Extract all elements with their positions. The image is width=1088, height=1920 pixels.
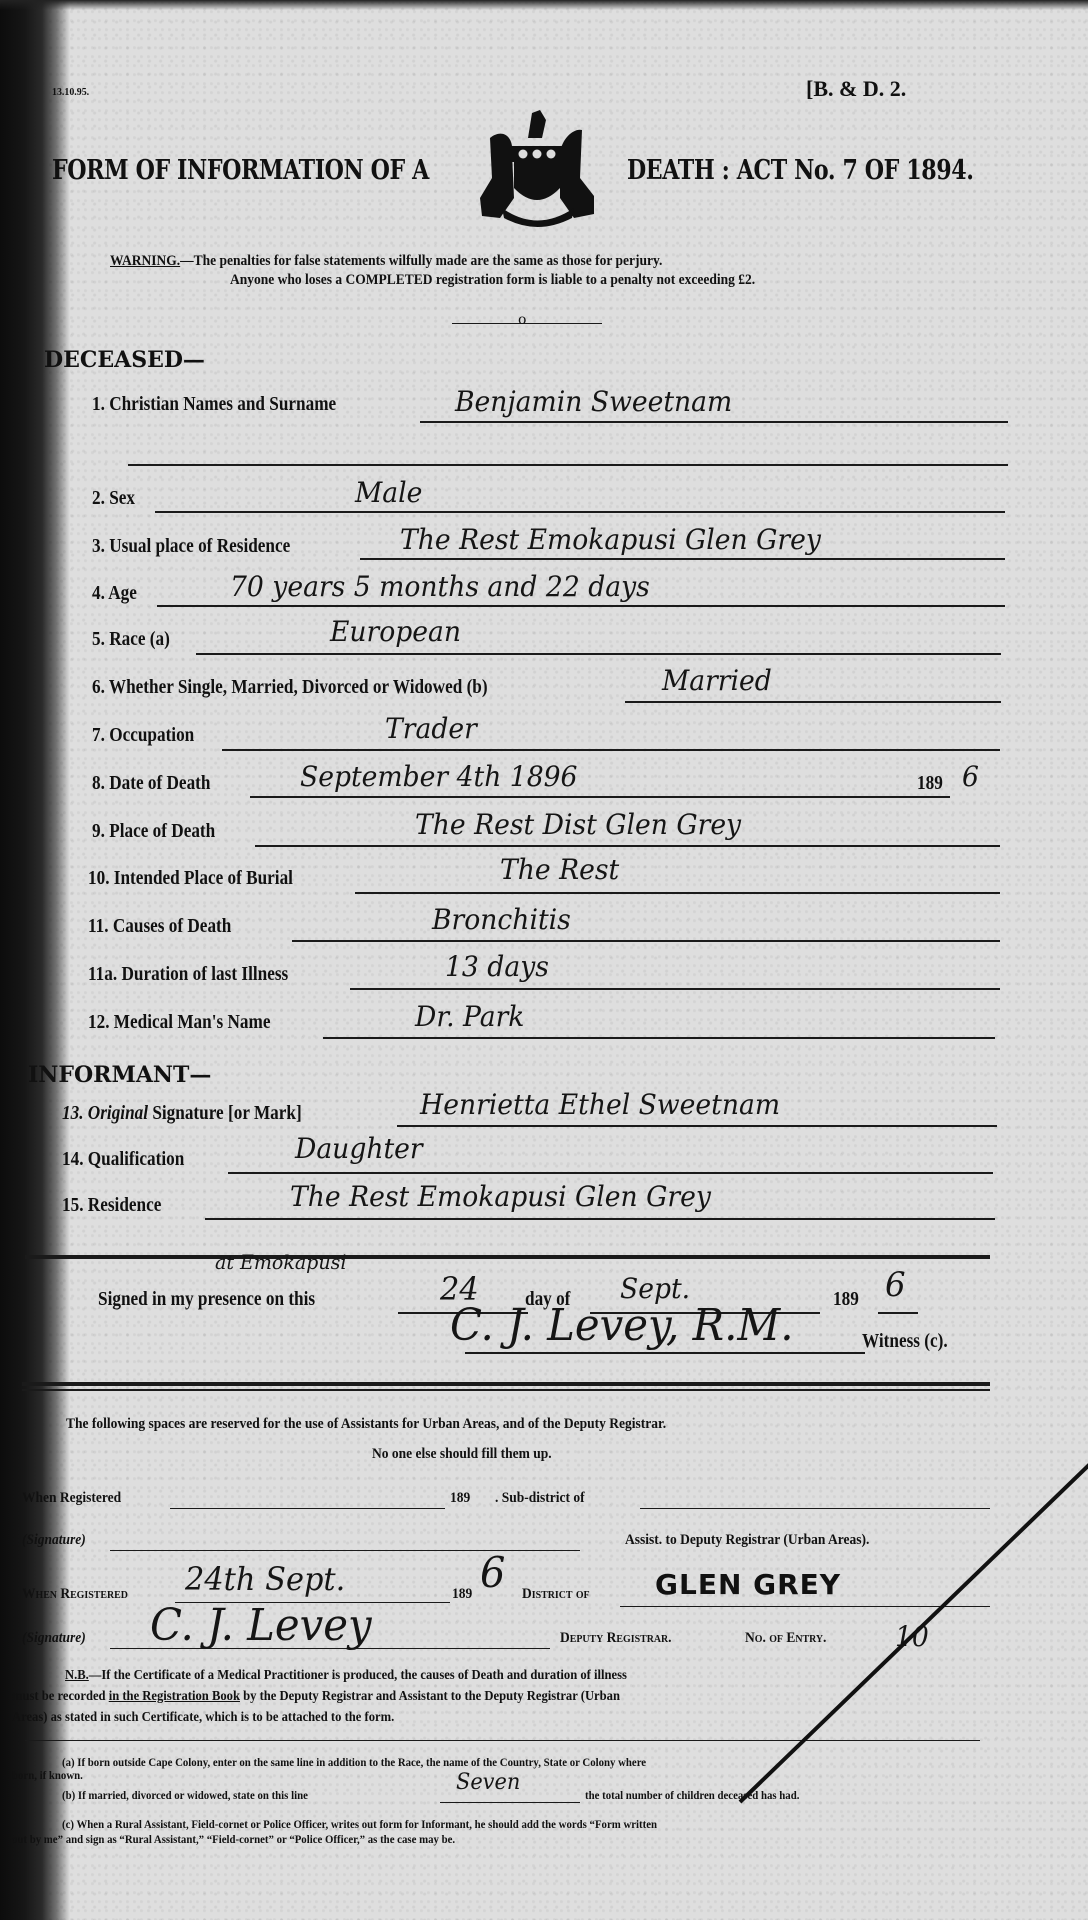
field-value-place-of-death[interactable]: The Rest Dist Glen Grey <box>415 808 741 841</box>
reserved-year-prefix: 189 <box>450 1490 470 1507</box>
witness-label: Witness (c). <box>862 1330 948 1353</box>
field-label-name: 1. Christian Names and Surname <box>92 393 336 416</box>
registered-year-prefix: 189 <box>452 1586 472 1603</box>
field-label-qualification: 14. Qualification <box>62 1148 184 1171</box>
note-b-post: the total number of children deceased ha… <box>585 1788 799 1803</box>
deputy-label: Deputy Registrar. <box>560 1630 672 1647</box>
children-count[interactable]: Seven <box>456 1770 520 1795</box>
warning-text1: —The penalties for false statements wilf… <box>180 253 662 269</box>
field-label-sex: 2. Sex <box>92 487 135 510</box>
field-line-cause <box>292 940 1000 942</box>
year-suffix-death[interactable]: 6 <box>962 760 979 793</box>
label-signature-text: Signature [or Mark] <box>152 1102 301 1124</box>
field-label-place-of-death: 9. Place of Death <box>92 820 215 843</box>
field-label-informant-residence: 15. Residence <box>62 1194 161 1217</box>
note-c-line2: out by me” and sign as “Rural Assistant,… <box>12 1832 455 1847</box>
registered-date[interactable]: 24th Sept. <box>185 1560 345 1598</box>
note-a-line1: (a) If born outside Cape Colony, enter o… <box>62 1755 646 1770</box>
notes-divider <box>25 1740 980 1741</box>
scan-top-shadow <box>0 0 1088 10</box>
warning-line2: Anyone who loses a COMPLETED registratio… <box>230 272 755 289</box>
double-divider-top <box>22 1382 990 1386</box>
field-line-duration <box>350 988 1000 990</box>
print-date: 13.10.95. <box>52 86 89 98</box>
field-label-date-of-death: 8. Date of Death <box>92 772 210 795</box>
district-stamp: GLEN GREY <box>655 1568 841 1601</box>
entry-label: No. of Entry. <box>745 1630 826 1647</box>
field-value-informant-residence[interactable]: The Rest Emokapusi Glen Grey <box>290 1180 711 1213</box>
ornament-circle: o <box>518 312 526 328</box>
field-line-qualification <box>228 1172 993 1174</box>
witness-signature[interactable]: C. J. Levey, R.M. <box>450 1300 793 1351</box>
year-prefix-death: 189 <box>917 772 943 795</box>
signed-label: Signed in my presence on this <box>98 1288 315 1311</box>
form-code: [B. & D. 2. <box>806 76 906 102</box>
form-code-text: B. & D. 2. <box>813 76 906 101</box>
field-line-marital <box>625 701 1001 703</box>
field-label-burial: 10. Intended Place of Burial <box>88 867 293 890</box>
field-label-signature: 13. Original Signature [or Mark] <box>62 1102 302 1125</box>
registrar-signature[interactable]: C. J. Levey <box>150 1600 372 1651</box>
field-label-duration: 11a. Duration of last Illness <box>88 963 288 986</box>
field-label-age: 4. Age <box>92 582 137 605</box>
signature-label-1: (Signature) <box>22 1532 86 1549</box>
field-line-burial <box>355 892 1000 894</box>
assist-signature-line <box>110 1550 580 1551</box>
nb-text2b: in the Registration Book <box>109 1689 240 1704</box>
title-right: DEATH : ACT No. 7 OF 1894. <box>627 155 974 186</box>
field-line-name-2 <box>128 464 1008 466</box>
coat-of-arms-icon <box>462 108 612 233</box>
field-value-date-of-death[interactable]: September 4th 1896 <box>300 760 577 793</box>
nb-text1: —If the Certificate of a Medical Practit… <box>89 1668 627 1683</box>
field-value-race[interactable]: European <box>330 615 461 648</box>
witness-annotation: at Emokapusi <box>215 1250 346 1274</box>
field-value-medical[interactable]: Dr. Park <box>415 1000 524 1033</box>
field-value-cause[interactable]: Bronchitis <box>432 903 571 936</box>
informant-heading: INFORMANT— <box>28 1062 211 1088</box>
field-value-burial[interactable]: The Rest <box>500 853 619 886</box>
label-original: 13. Original <box>62 1102 148 1124</box>
field-line-date-of-death <box>250 796 950 798</box>
witness-line <box>465 1352 865 1354</box>
signature-label-2: (Signature) <box>22 1630 86 1647</box>
section-divider <box>25 1255 990 1259</box>
field-line-sex <box>155 511 1005 513</box>
field-value-qualification[interactable]: Daughter <box>295 1132 423 1165</box>
ornament-divider <box>452 323 602 324</box>
witness-year-prefix: 189 <box>833 1288 859 1311</box>
children-line <box>440 1802 580 1803</box>
field-value-signature[interactable]: Henrietta Ethel Sweetnam <box>420 1088 780 1121</box>
field-line-residence <box>360 558 1005 560</box>
district-label: District of <box>522 1586 590 1603</box>
double-divider-bottom <box>22 1389 990 1391</box>
field-value-duration[interactable]: 13 days <box>445 950 549 983</box>
field-label-occupation: 7. Occupation <box>92 724 194 747</box>
field-label-medical: 12. Medical Man's Name <box>88 1011 270 1034</box>
field-line-occupation <box>222 749 1000 751</box>
warning-label: WARNING. <box>110 253 180 269</box>
field-value-residence[interactable]: The Rest Emokapusi Glen Grey <box>400 523 821 556</box>
field-line-name <box>420 421 1008 423</box>
witness-year-suffix[interactable]: 6 <box>885 1265 906 1305</box>
note-c-line1: (c) When a Rural Assistant, Field-cornet… <box>62 1817 657 1832</box>
nb-label: N.B. <box>65 1668 89 1683</box>
reserved-note-2: No one else should fill them up. <box>372 1446 552 1463</box>
field-line-signature <box>397 1125 997 1127</box>
nb-line2: must be recorded in the Registration Boo… <box>12 1689 620 1705</box>
assist-label: Assist. to Deputy Registrar (Urban Areas… <box>625 1532 869 1549</box>
field-label-race: 5. Race (a) <box>92 628 170 651</box>
field-value-marital[interactable]: Married <box>662 664 772 697</box>
subdistrict-line <box>640 1508 990 1509</box>
district-line <box>620 1606 990 1607</box>
field-value-sex[interactable]: Male <box>355 476 422 509</box>
reserved-note-1: The following spaces are reserved for th… <box>66 1416 666 1433</box>
nb-line1: N.B.—If the Certificate of a Medical Pra… <box>65 1668 627 1684</box>
field-line-age <box>157 605 1005 607</box>
when-registered2-label: When Registered <box>22 1586 128 1603</box>
field-line-informant-residence <box>205 1218 995 1220</box>
field-value-age[interactable]: 70 years 5 months and 22 days <box>230 570 650 603</box>
field-label-residence: 3. Usual place of Residence <box>92 535 290 558</box>
when-registered-line <box>170 1508 445 1509</box>
field-label-cause: 11. Causes of Death <box>88 915 231 938</box>
nb-line3: Areas) as stated in such Certificate, wh… <box>12 1710 394 1726</box>
field-line-race <box>196 653 1001 655</box>
nb-text2a: must be recorded <box>12 1689 106 1704</box>
subdistrict-label: . Sub-district of <box>495 1490 585 1507</box>
field-line-place-of-death <box>255 845 1000 847</box>
nb-text2c: by the Deputy Registrar and Assistant to… <box>243 1689 620 1704</box>
field-label-marital: 6. Whether Single, Married, Divorced or … <box>92 676 488 699</box>
witness-year-line <box>878 1312 918 1314</box>
registered-year-suffix[interactable]: 6 <box>480 1548 505 1597</box>
field-value-name[interactable]: Benjamin Sweetnam <box>455 385 732 418</box>
field-value-occupation[interactable]: Trader <box>385 712 477 745</box>
deceased-heading: DECEASED— <box>44 347 205 373</box>
note-b-pre: (b) If married, divorced or widowed, sta… <box>62 1788 308 1803</box>
warning-line1: WARNING.—The penalties for false stateme… <box>110 253 662 270</box>
title-left: FORM OF INFORMATION OF A <box>52 155 429 186</box>
field-line-medical <box>323 1037 995 1039</box>
note-a-line2: born, if known. <box>12 1768 83 1783</box>
when-registered-label: When Registered <box>22 1490 121 1507</box>
